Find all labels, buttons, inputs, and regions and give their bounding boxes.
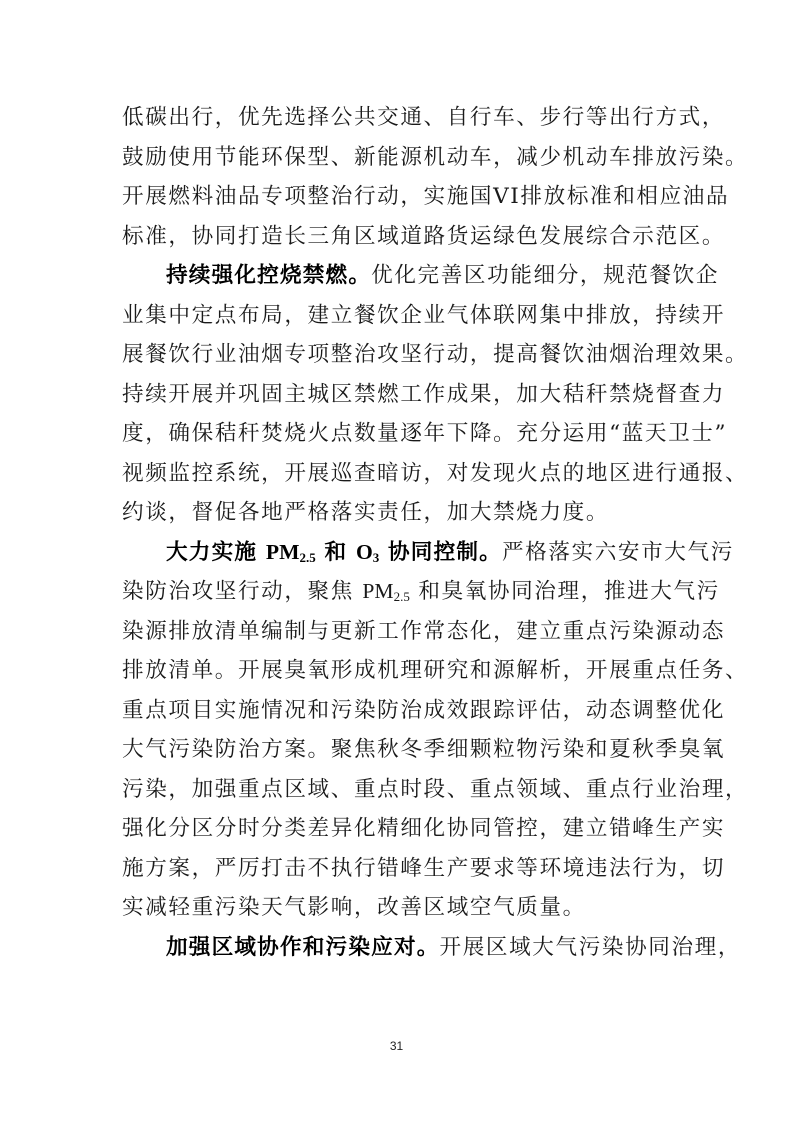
pm-text: PM — [362, 579, 393, 603]
paragraph-lead-heading: 持续强化控烧禁燃。 — [166, 263, 371, 288]
text-line: 污染，加强重点区域、重点时段、重点领域、重点行业治理， — [122, 770, 674, 810]
pm-subscript: 2.5 — [394, 589, 410, 604]
text-line: 标准，协同打造长三角区域道路货运绿色发展综合示范区。 — [122, 217, 674, 257]
body-text: 低碳出行，优先选择公共交通、自行车、步行等出行方式， 鼓励使用节能环保型、新能源… — [122, 98, 674, 967]
lead-text: 协同控制。 — [379, 540, 502, 565]
lead-pm-subscript: 2.5 — [299, 550, 315, 565]
paragraph-first-line: 持续强化控烧禁燃。优化完善区功能细分，规范餐饮企 — [122, 256, 674, 296]
text-line: 开展燃料油品专项整治行动，实施国VI排放标准和相应油品 — [122, 177, 674, 217]
lead-o: O — [356, 540, 373, 564]
lead-text: 大力实施 — [166, 540, 266, 565]
text-span: 优化完善区功能细分，规范餐饮企 — [371, 263, 719, 288]
text-span: 和臭氧协同治理，推进大气污 — [410, 579, 720, 604]
text-line: 展餐饮行业油烟专项整治攻坚行动，提高餐饮油烟治理效果。 — [122, 335, 674, 375]
paragraph-first-line: 大力实施 PM2.5 和 O3 协同控制。严格落实六安市大气污 — [122, 533, 674, 573]
text-line: 强化分区分时分类差异化精细化协同管控，建立错峰生产实 — [122, 809, 674, 849]
text-line: 排放清单。开展臭氧形成机理研究和源解析，开展重点任务、 — [122, 651, 674, 691]
text-line: 业集中定点布局，建立餐饮企业气体联网集中排放，持续开 — [122, 296, 674, 336]
lead-text: 和 — [316, 540, 356, 565]
text-span: 开展区域大气污染协同治理， — [440, 935, 742, 960]
text-line: 约谈，督促各地严格落实责任，加大禁烧力度。 — [122, 493, 674, 533]
text-line: 度，确保秸秆焚烧火点数量逐年下降。充分运用“蓝天卫士” — [122, 414, 674, 454]
text-line: 染源排放清单编制与更新工作常态化，建立重点污染源动态 — [122, 612, 674, 652]
text-line: 实减轻重污染天气影响，改善区域空气质量。 — [122, 888, 674, 928]
lead-pm: PM — [266, 540, 300, 564]
text-line: 染防治攻坚行动，聚焦 PM2.5 和臭氧协同治理，推进大气污 — [122, 572, 674, 612]
text-span: 严格落实六安市大气污 — [502, 540, 734, 565]
paragraph-lead-heading: 加强区域协作和污染应对。 — [166, 935, 440, 960]
paragraph-lead-heading: 大力实施 PM2.5 和 O3 协同控制。 — [166, 540, 502, 565]
text-span: 染防治攻坚行动，聚焦 — [122, 579, 362, 604]
text-line: 施方案，严厉打击不执行错峰生产要求等环境违法行为，切 — [122, 849, 674, 889]
text-line: 视频监控系统，开展巡查暗访，对发现火点的地区进行通报、 — [122, 454, 674, 494]
text-line: 重点项目实施情况和污染防治成效跟踪评估，动态调整优化 — [122, 691, 674, 731]
text-line: 持续开展并巩固主城区禁燃工作成果，加大秸秆禁烧督查力 — [122, 375, 674, 415]
page-number: 31 — [0, 1039, 793, 1053]
text-line: 低碳出行，优先选择公共交通、自行车、步行等出行方式， — [122, 98, 674, 138]
document-page: 低碳出行，优先选择公共交通、自行车、步行等出行方式， 鼓励使用节能环保型、新能源… — [0, 0, 793, 1122]
text-line: 大气污染防治方案。聚焦秋冬季细颗粒物污染和夏秋季臭氧 — [122, 730, 674, 770]
text-line: 鼓励使用节能环保型、新能源机动车，减少机动车排放污染。 — [122, 138, 674, 178]
paragraph-first-line: 加强区域协作和污染应对。开展区域大气污染协同治理， — [122, 928, 674, 968]
